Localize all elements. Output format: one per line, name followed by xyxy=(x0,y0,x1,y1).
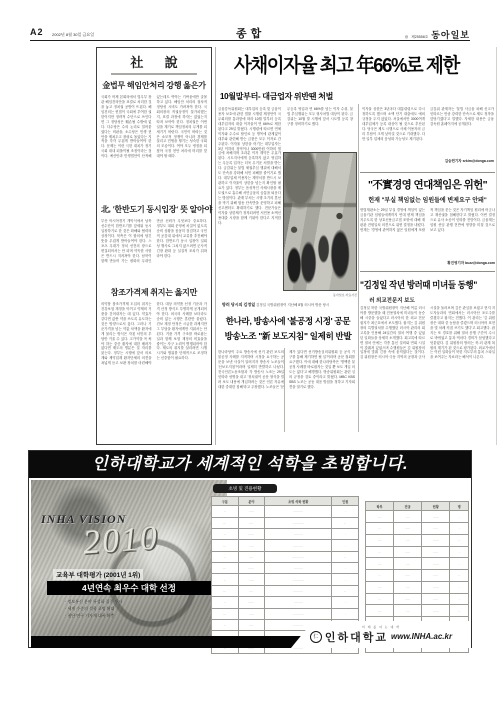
inha-university-ad: 인하대학교가 세계적인 석학을 초빙합니다. INHA VISION 2010 … xyxy=(28,450,472,648)
ad-table-tab: 초빙 및 진용현황 xyxy=(213,484,277,493)
ad-award-box: 4년연속 최우수 대학 선정 xyxy=(47,581,211,595)
ad-logo-name: 인하대학교 xyxy=(325,629,388,645)
edition-mark-icon: ◎ xyxy=(405,34,409,39)
editorial-1-body: 국회가 어제 본회의에서 법무부 장관 해임건의안을 표결로 처리한 것을 놓고… xyxy=(101,95,207,199)
mid-headline-line2: 방송노조 "新 보도지침" 일제히 반발 xyxy=(220,330,356,342)
ad-logo-url: www.INHA.ac.kr xyxy=(391,632,452,641)
ad-bullet-2: · 세계 수준의 석학 초빙 확대 xyxy=(65,606,122,613)
ad-bullet-list: · 정보통신 분야 특성화 집중 투자 · 세계 수준의 석학 초빙 확대 · … xyxy=(65,599,122,619)
lead-body-col2: 무등록 영업과 연 66%를 넘는 이자 수취, 불법 추심행위는 모두 형사처… xyxy=(287,107,353,149)
lead-subhead: 10월말부터- 대금업자 위반땐 처벌 xyxy=(220,91,333,102)
lead-headline: 사채이자율 최고 年66%로 제한 xyxy=(234,49,459,78)
right1-headline: "不實경영 연대책임은 위헌" xyxy=(360,177,495,192)
editorial-1-headline: 金법무 해임안처리 강행 옳은가 xyxy=(101,80,207,91)
mid-headline-line1: 한나라, 방송사에 '불공정 시정' 공문 xyxy=(220,315,356,327)
column-rule-left xyxy=(215,47,216,445)
ad-art-collage: INHA VISION 2010 교육부 대학평가 (2001년 1위) 4년연… xyxy=(31,480,227,636)
lead-byline: 김승련기자 srkim@donga.com xyxy=(430,159,494,164)
ad-logo-plate: 미 래 를 여 는 대 학 仁 인하대학교 www.INHA.ac.kr xyxy=(291,621,471,648)
page-edge-rule xyxy=(496,47,497,445)
ad-bullet-1: · 정보통신 분야 특성화 집중 투자 xyxy=(65,599,122,606)
photo-credit: 동아일보 자료사진 xyxy=(333,293,357,297)
right1-body: 헌법재판소는 29일 부실 경영에 책임이 없는 금융기관 임원들에게까지 연대… xyxy=(360,208,495,258)
right1-subhead: 헌재 "부실 책임없는 임원들에 변제요구 안돼" xyxy=(360,195,495,204)
editorial-box: 社 說 金법무 해임안처리 강행 옳은가 국회가 어제 본회의에서 법무부 장관… xyxy=(96,47,212,445)
photo-caption-lead: 방러 당시의 김정일 xyxy=(222,302,255,307)
editorial-3-headline: 참조가격제 취지는 옳지만 xyxy=(101,287,207,298)
right2-body: 김정일 북한 국방위원장이 지난해 여름 러시아를 방문했을 때 전용열차에 미… xyxy=(360,306,495,432)
right1-top-rule xyxy=(360,172,495,173)
lead-body-col4: 금감위 관계자는 '불법 사금융 피해 신고가 잇따르는 만큼 강력한 단속으로… xyxy=(430,107,494,157)
editorial-2-headline: 北, '한반도기 동시입장' 뜻 알아야 xyxy=(101,204,207,215)
masthead-date: 2002년 8월 30일 금요일 xyxy=(52,32,94,38)
masthead-rule xyxy=(30,40,470,41)
ad-rating-text: 교육부 대학평가 (2001년 1위) xyxy=(53,569,143,580)
ad-banner-headline: 인하대학교가 세계적인 석학을 초빙합니다. xyxy=(29,451,471,478)
lead-body-col3: 이자율 상한은 3년마다 대통령령으로 다시 정하도록 했으며 소액 단기 대출… xyxy=(362,107,425,167)
right2-headline: "김정일 작년 방러때 미녀들 동행" xyxy=(360,278,477,291)
editorial-title-rule xyxy=(111,73,198,75)
ad-bullet-3: · 첨단 연구 기자재 대폭 확충 xyxy=(65,613,122,620)
page-number: A2 xyxy=(30,27,44,37)
editorial-3-body: 의약품 참조가격제 도입의 취지는 건강보험 재정을 아끼고 약제비 거품을 걷… xyxy=(101,302,207,418)
ad-vision-year: 2010 xyxy=(82,519,160,562)
section-title: 종합 xyxy=(236,25,265,41)
news-photo xyxy=(283,152,357,291)
photo-caption: 동아일보 자료사진 방러 당시의 김정일 김정일 국방위원장이 지난해 8월 러… xyxy=(222,293,357,315)
lead-body-col1: 금융감독위원회는 대부업의 등록 및 금융이용자 보호에 관한 법률 시행령 제… xyxy=(218,107,281,291)
newspaper-page: A2 2002년 8월 30일 금요일 종합 ◎ 제25558호 동아일보 社 … xyxy=(0,0,500,707)
inha-emblem-icon: 仁 xyxy=(310,631,322,643)
editorial-2-body: 부산 아시아경기 개막식에서 남북 선수단이 한반도기를 앞세워 동시 입장하기… xyxy=(101,219,207,282)
editorial-box-title: 社 說 xyxy=(101,52,207,71)
right2-subhead: 러 외교전문지 보도 xyxy=(360,296,424,304)
right1-byline: 황진영기자 buzz@donga.com xyxy=(430,261,495,266)
right2-top-rule xyxy=(360,271,495,272)
column-rule-mid xyxy=(358,104,359,432)
mid-body: 한나라당이 주요 방송사에 선거 관련 보도의 불공정 사례를 지적하며 시정을… xyxy=(218,350,355,432)
